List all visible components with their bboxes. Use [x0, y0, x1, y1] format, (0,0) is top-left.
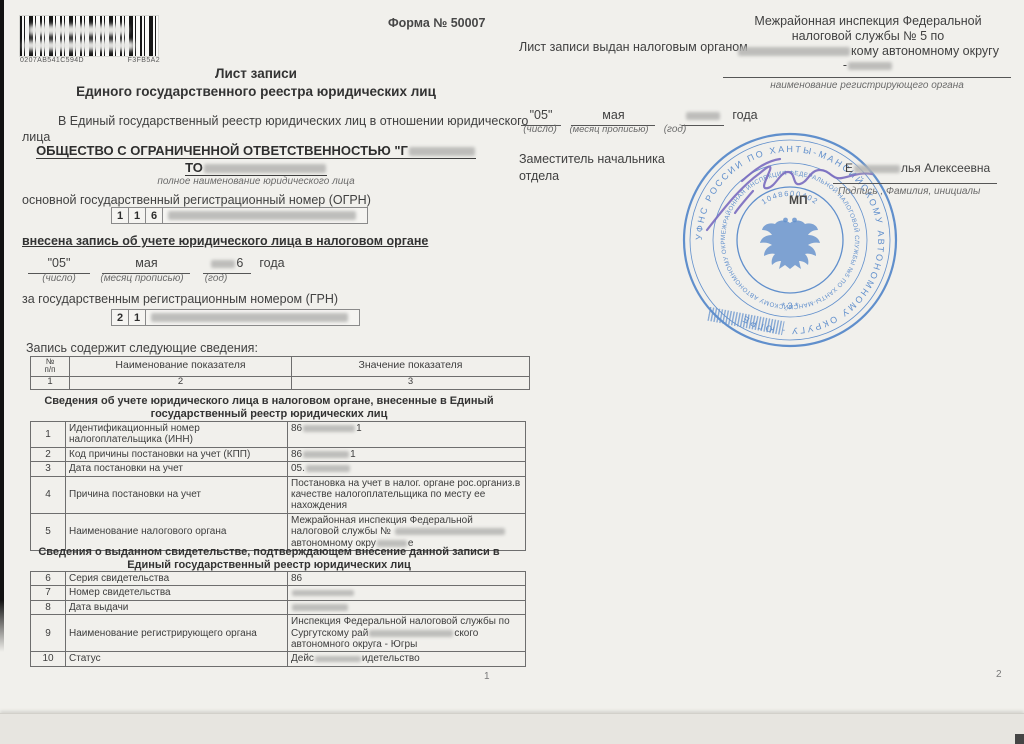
- redacted-text: [369, 630, 453, 637]
- redacted-text: [168, 211, 356, 220]
- redacted-text: [292, 604, 348, 611]
- page-number-2: 2: [996, 669, 1002, 680]
- registering-org-line2: налоговой службы № 5 по: [723, 29, 1013, 44]
- table-cell: 4: [31, 476, 66, 513]
- stamp-eagle-emblem: [760, 218, 820, 269]
- registering-org-line4: -: [723, 58, 1013, 73]
- table-cell: Код причины постановки на учет (КПП): [66, 447, 288, 461]
- table-row: 5Наименование налогового органаМежрайонн…: [31, 513, 526, 550]
- table-cell: Инспекция Федеральной налоговой службы п…: [288, 615, 526, 652]
- ogrn-digits-redacted: [162, 207, 368, 224]
- table-header-cell: № п/п: [31, 357, 70, 377]
- redacted-text: [303, 451, 349, 458]
- ogrn-label: основной государственный регистрационный…: [22, 193, 371, 207]
- org-name-line1: ОБЩЕСТВО С ОГРАНИЧЕННОЙ ОТВЕТСТВЕННОСТЬЮ…: [0, 142, 512, 160]
- table-row: 4Причина постановки на учетПостановка на…: [31, 476, 526, 513]
- table-cell: Причина постановки на учет: [66, 476, 288, 513]
- caption-month: (месяц прописью): [98, 273, 186, 284]
- table-cell: [288, 586, 526, 600]
- redacted-text: [686, 112, 720, 121]
- table-header-index: 1: [31, 376, 70, 389]
- grn-digit-boxes: 2 1: [112, 309, 360, 326]
- document-title-line1: Лист записи: [0, 66, 512, 81]
- table-cell: Межрайонная инспекция Федеральной налого…: [288, 513, 526, 550]
- table-cell: Идентификационный номер налогоплательщик…: [66, 422, 288, 448]
- table-cell: Постановка на учет в налог. органе рос.о…: [288, 476, 526, 513]
- table-row: 9Наименование регистрирующего органаИнсп…: [31, 615, 526, 652]
- table-cell: 10: [31, 652, 66, 666]
- entry-date-month: мая: [102, 256, 190, 274]
- table-cell: Наименование налогового органа: [66, 513, 288, 550]
- table-header-index: 2: [70, 376, 292, 389]
- caption-year: (год): [651, 124, 699, 135]
- caption-year: (год): [192, 273, 240, 284]
- redacted-text: [23, 41, 135, 50]
- table-header-cell: Значение показателя: [292, 357, 530, 377]
- registering-org-underline: [723, 77, 1011, 78]
- redacted-text: [204, 164, 326, 173]
- table-row: 2Код причины постановки на учет (КПП)861: [31, 447, 526, 461]
- barcode-text: 0207AB541C594D F3FB5A2: [20, 57, 160, 64]
- section1-table: 1Идентификационный номер налогоплательщи…: [30, 421, 526, 551]
- org-name-text1: ОБЩЕСТВО С ОГРАНИЧЕННОЙ ОТВЕТСТВЕННОСТЬЮ…: [36, 143, 408, 158]
- table-cell: 1: [31, 422, 66, 448]
- issue-date: "05" мая года: [521, 106, 758, 126]
- issued-by-label: Лист записи выдан налоговым органом: [519, 40, 748, 54]
- registering-org-line3: кому автономному округу: [723, 44, 1013, 59]
- table-row: 7Номер свидетельства: [31, 586, 526, 600]
- redacted-text: [315, 656, 361, 663]
- table-row: 10СтатусДейсидетельство: [31, 652, 526, 666]
- redacted-text: [151, 313, 348, 322]
- form-number: Форма № 50007: [388, 16, 485, 30]
- ogrn-digit-boxes: 1 1 6: [112, 207, 368, 224]
- entry-date: "05" мая 6 года: [28, 254, 285, 274]
- entry-heading: внесена запись об учете юридического лиц…: [22, 234, 428, 248]
- org-name-line2: ТО: [0, 159, 512, 177]
- barcode-text-left: 0207AB541C594D: [20, 57, 84, 64]
- redacted-text: [28, 25, 128, 35]
- table-cell: 2: [31, 447, 66, 461]
- redacted-text: [211, 260, 235, 269]
- org-name-caption: полное наименование юридического лица: [0, 176, 512, 187]
- grn-label: за государственным регистрационным номер…: [22, 292, 338, 306]
- redacted-text: [303, 425, 355, 432]
- ogrn-digit: 6: [145, 207, 163, 224]
- table-cell: Дейсидетельство: [288, 652, 526, 666]
- registering-org-name: Межрайонная инспекция Федеральной налого…: [723, 14, 1013, 73]
- table-cell: Дата постановки на учет: [66, 462, 288, 476]
- table-row: 8Дата выдачи: [31, 600, 526, 614]
- mp-mark: МП: [789, 193, 808, 207]
- redacted-text: [306, 465, 350, 472]
- table-cell: 861: [288, 422, 526, 448]
- table-cell: 5: [31, 513, 66, 550]
- table-cell: 3: [31, 462, 66, 476]
- official-name: Елья Алексеевна: [845, 161, 990, 175]
- table-cell: 7: [31, 586, 66, 600]
- table-cell: 8: [31, 600, 66, 614]
- table-cell: 861: [288, 447, 526, 461]
- table-header-index: 3: [292, 376, 530, 389]
- signature-underline: [833, 183, 997, 184]
- entry-date-word: года: [259, 256, 284, 270]
- ogrn-digit: 1: [128, 207, 146, 224]
- table-cell: Наименование регистрирующего органа: [66, 615, 288, 652]
- section1-heading: Сведения об учете юридического лица в на…: [30, 395, 508, 421]
- table-intro: Запись содержит следующие сведения:: [26, 341, 258, 355]
- ogrn-digit: 1: [111, 207, 129, 224]
- entry-date-day: "05": [28, 256, 90, 274]
- stamp-hatch-block: [707, 307, 784, 335]
- table-cell: 05.: [288, 462, 526, 476]
- entry-date-year: 6: [203, 256, 251, 274]
- redacted-text: [738, 47, 850, 56]
- registering-org-caption: наименование регистрирующего органа: [723, 80, 1011, 91]
- grn-digits-redacted: [145, 309, 360, 326]
- page-number-1: 1: [484, 671, 490, 682]
- table-row: 1Идентификационный номер налогоплательщи…: [31, 422, 526, 448]
- table-cell: [288, 600, 526, 614]
- stamp-inner-text: МЕЖРАЙОННАЯ ИНСПЕКЦИЯ ФЕДЕРАЛЬНОЙ НАЛОГО…: [678, 128, 861, 311]
- section2-table: 6Серия свидетельства867Номер свидетельст…: [30, 571, 526, 667]
- table-row: 6Серия свидетельства86: [31, 572, 526, 586]
- barcode-bars: [20, 16, 158, 56]
- redacted-text: [409, 147, 475, 156]
- redacted-text: [292, 590, 354, 597]
- barcode-text-right: F3FB5A2: [128, 57, 160, 64]
- grn-digit: 2: [111, 309, 129, 326]
- caption-day: (число): [517, 124, 563, 135]
- table-cell: 6: [31, 572, 66, 586]
- barcode: 0207AB541C594D F3FB5A2: [20, 16, 162, 70]
- table-cell: 86: [288, 572, 526, 586]
- issue-date-word: года: [732, 108, 757, 122]
- stamp-bottom-mark: * 3 *: [781, 301, 799, 311]
- table-cell: 9: [31, 615, 66, 652]
- table-cell: Серия свидетельства: [66, 572, 288, 586]
- table-row: 3Дата постановки на учет05.: [31, 462, 526, 476]
- section2-heading: Сведения о выданном свидетельстве, подтв…: [30, 546, 508, 572]
- redacted-text: [854, 165, 900, 173]
- grn-digit: 1: [128, 309, 146, 326]
- table-cell: Дата выдачи: [66, 600, 288, 614]
- record-table-header: № п/п Наименование показателя Значение п…: [30, 356, 530, 390]
- document-title-line2: Единого государственного реестра юридиче…: [0, 84, 512, 99]
- intro-line1: В Единый государственный реестр юридичес…: [58, 114, 528, 128]
- page-bottom-edge: [0, 713, 1024, 744]
- scanned-document-page: 0207AB541C594D F3FB5A2 Форма № 50007 Лис…: [0, 0, 1024, 744]
- table-header-cell: Наименование показателя: [70, 357, 292, 377]
- org-name-text2: ТО: [185, 160, 203, 175]
- table-cell: Номер свидетельства: [66, 586, 288, 600]
- scan-edge-corner: [1015, 734, 1024, 744]
- registering-org-line1: Межрайонная инспекция Федеральной: [723, 14, 1013, 29]
- caption-month: (месяц прописью): [565, 124, 653, 135]
- caption-day: (число): [28, 273, 90, 284]
- signature-caption: Подпись , Фамилия, инициалы: [838, 186, 980, 197]
- redacted-text: [395, 528, 505, 535]
- official-title: Заместитель начальника отдела: [519, 151, 665, 185]
- redacted-text: [848, 62, 892, 71]
- table-cell: Статус: [66, 652, 288, 666]
